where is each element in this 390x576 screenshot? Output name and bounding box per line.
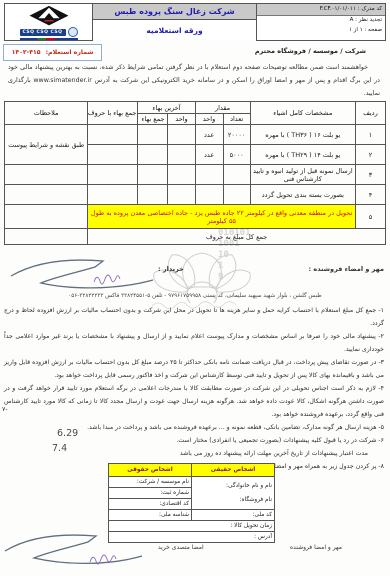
full-name-field-label: نام و نام خانوادگی:	[194, 479, 272, 493]
empty-cell	[138, 165, 168, 185]
national-id-field-label: شناسه ملی:	[109, 510, 192, 521]
price-unit-cell	[168, 145, 195, 165]
item-spec: یو بلت ۱۴ ( TH۲۹ ) با مهره	[250, 145, 355, 165]
doc-page-number: صفحه : ۱ از ۱	[257, 26, 385, 36]
price-sum-cell	[138, 125, 168, 145]
handwritten-number-2: 7.4	[52, 443, 67, 454]
item-count: ۵۰۰۰	[223, 145, 250, 165]
doc-code: کد مدرک : F.CF.۰۱/۰۱/۰۱۱	[257, 4, 385, 16]
empty-cell	[195, 165, 223, 185]
col-header-spec: مشخصات کامل اشیاء	[250, 102, 355, 125]
header-legal-persons: اشخاص حقوقی	[109, 464, 192, 477]
doc-revision: تجدید نظر : A	[257, 16, 385, 26]
iso-badge-icon	[68, 27, 78, 37]
remarks-merged-cell: طبق نقشه و شرایط پیوست	[5, 125, 88, 165]
row-no: ۳	[355, 165, 385, 185]
note-3: ۳- در صورت تقاضای پیش پرداخت، در قبال در…	[4, 356, 384, 382]
note-1: ۱- جمع کل مبلغ استعلام با احتساب کرایه ح…	[4, 304, 384, 330]
inquiry-form-page: 010101 1001 10 1 9 کد مدرک : F.CF.۰۱/۰۱/…	[0, 0, 390, 576]
company-name: شرکت زغال سنگ پروده طبس	[93, 4, 256, 20]
item-spec: بصورت بسته بندی تحویل گردد	[250, 185, 355, 205]
inquiry-number-label: شماره استعلام:	[46, 49, 94, 56]
handwriting-purple-bottom	[88, 552, 118, 567]
empty-cell	[168, 165, 195, 185]
item-count: ۲۰۰۰۰	[223, 125, 250, 145]
economic-code-field-label: کد اقتصادی:	[109, 499, 192, 510]
col-header-row-no: ردیف	[355, 102, 385, 125]
empty-cell	[5, 165, 88, 185]
table-row: ۴ بصورت بسته بندی تحویل گردد	[5, 185, 386, 205]
col-header-qty-count: تعداد	[223, 114, 250, 125]
binary-line: 1	[218, 261, 264, 272]
row-no: ۱	[355, 125, 385, 145]
note-7-stray-marker: -۷	[2, 406, 8, 413]
total-row: جمع کل مبلغ به حروف	[5, 229, 386, 245]
item-spec: ارسال نمونه قبل از تولید انبوه و تایید ک…	[250, 165, 355, 185]
header-title-block: شرکت زغال سنگ پروده طبس ورقه استعلامیه	[93, 3, 256, 41]
total-words-cell	[88, 125, 138, 145]
row-no: ۲	[355, 145, 385, 165]
col-header-remarks: ملاحظات	[5, 102, 88, 125]
col-header-price-sum: جمع بهاء	[138, 114, 168, 125]
empty-cell	[223, 165, 250, 185]
empty-cell	[5, 229, 88, 245]
national-code-field-label: کد ملی:	[192, 510, 275, 521]
col-header-price-unit: واحد	[168, 114, 195, 125]
item-unit: عدد	[195, 125, 223, 145]
item-spec: یو بلت ۱۶ ( TH۳۶ ) با مهره	[250, 125, 355, 145]
price-unit-cell	[168, 125, 195, 145]
empty-cell	[88, 165, 138, 185]
col-header-total-words: جمع بهاء با حروف	[88, 102, 138, 125]
empty-cell	[223, 185, 250, 205]
price-sum-cell	[138, 145, 168, 165]
table-row-highlighted: ۵ تحویل در منطقه معدنی واقع در کیلومتر ۲…	[5, 205, 386, 229]
empty-cell	[195, 185, 223, 205]
registration-no-field-label: شماره ثبت:	[109, 488, 192, 499]
table-row: ۳ ارسال نمونه قبل از تولید انبوه و تایید…	[5, 165, 386, 185]
inquiry-number-value: ۱۴۰۲-۴۱۵	[12, 49, 41, 56]
form-title: ورقه استعلامیه	[93, 20, 256, 41]
company-name-field-label: نام موسسه / شرکت:	[109, 477, 192, 488]
certification-badges: CSQ CSQ CSQ	[20, 27, 78, 37]
natural-person-fields: نام و نام خانوادگی: نام فروشگاه:	[192, 477, 275, 510]
col-header-qty-group: مقدار	[195, 102, 250, 114]
company-logo-box: CSQ CSQ CSQ	[4, 3, 93, 41]
inquiry-number-box: شماره استعلام: ۱۴۰۲-۴۱۵	[3, 44, 102, 61]
binary-line: 10	[218, 250, 264, 261]
handwriting-purple	[92, 272, 122, 287]
col-header-price-group: آخرین بهاء	[138, 102, 195, 114]
seller-stamp-label: مهر و امضاء فروشنده :	[309, 265, 384, 273]
company-logo-icon	[26, 5, 72, 26]
empty-cell	[138, 185, 168, 205]
badge-color-bar	[20, 38, 78, 40]
signature-scribble-bottom	[0, 523, 145, 573]
empty-cell	[5, 185, 88, 205]
note-4: ۴- لازم به ذکر است اجناس تحویلی در این ش…	[4, 382, 384, 421]
store-name-field-label: نام فروشگاه:	[194, 493, 272, 507]
document-header: کد مدرک : F.CF.۰۱/۰۱/۰۱۱ تجدید نظر : A ص…	[4, 3, 386, 41]
items-table: ردیف مشخصات کامل اشیاء مقدار آخرین بهاء …	[4, 101, 386, 245]
intro-paragraph: خواهشمند است ضمن مطالعه توضیحات صفحه دوم…	[4, 61, 384, 100]
note-2: ۲- پیشنهاد مالی خود را صرفا بر اساس مشخص…	[4, 330, 384, 356]
doc-code-box: کد مدرک : F.CF.۰۱/۰۱/۰۱۱ تجدید نظر : A ص…	[256, 3, 386, 41]
binary-line: 9	[218, 272, 264, 283]
empty-cell	[168, 185, 195, 205]
empty-cell	[88, 185, 138, 205]
buyer-label: خریدار :	[158, 265, 184, 273]
empty-cell	[5, 205, 88, 229]
footer-seller-sign-label: مهر و امضا فروشنده	[290, 544, 342, 551]
row-no: ۵	[355, 205, 385, 229]
csq-badge-text: CSQ CSQ CSQ	[20, 29, 66, 36]
delivery-location-highlight: تحویل در منطقه معدنی واقع در کیلومتر ۲۲ …	[88, 205, 356, 229]
total-in-words-label: جمع کل مبلغ به حروف	[88, 229, 386, 245]
handwritten-number-1: 6.29	[57, 428, 78, 439]
row-no: ۴	[355, 185, 385, 205]
header-natural-persons: اشخاص حقیقی	[192, 464, 275, 477]
table-row: ۱ یو بلت ۱۶ ( TH۳۶ ) با مهره ۲۰۰۰۰ عدد ط…	[5, 125, 386, 145]
signature-scribble	[5, 250, 155, 294]
item-unit: عدد	[195, 145, 223, 165]
footer-purchase-agent-sign-label: امضا متصدی خرید	[158, 544, 204, 551]
addressee-line: شرکت / موسسه / فروشگاه محترم	[255, 47, 366, 55]
col-header-qty-unit: واحد	[195, 114, 223, 125]
total-words-cell	[88, 145, 138, 165]
